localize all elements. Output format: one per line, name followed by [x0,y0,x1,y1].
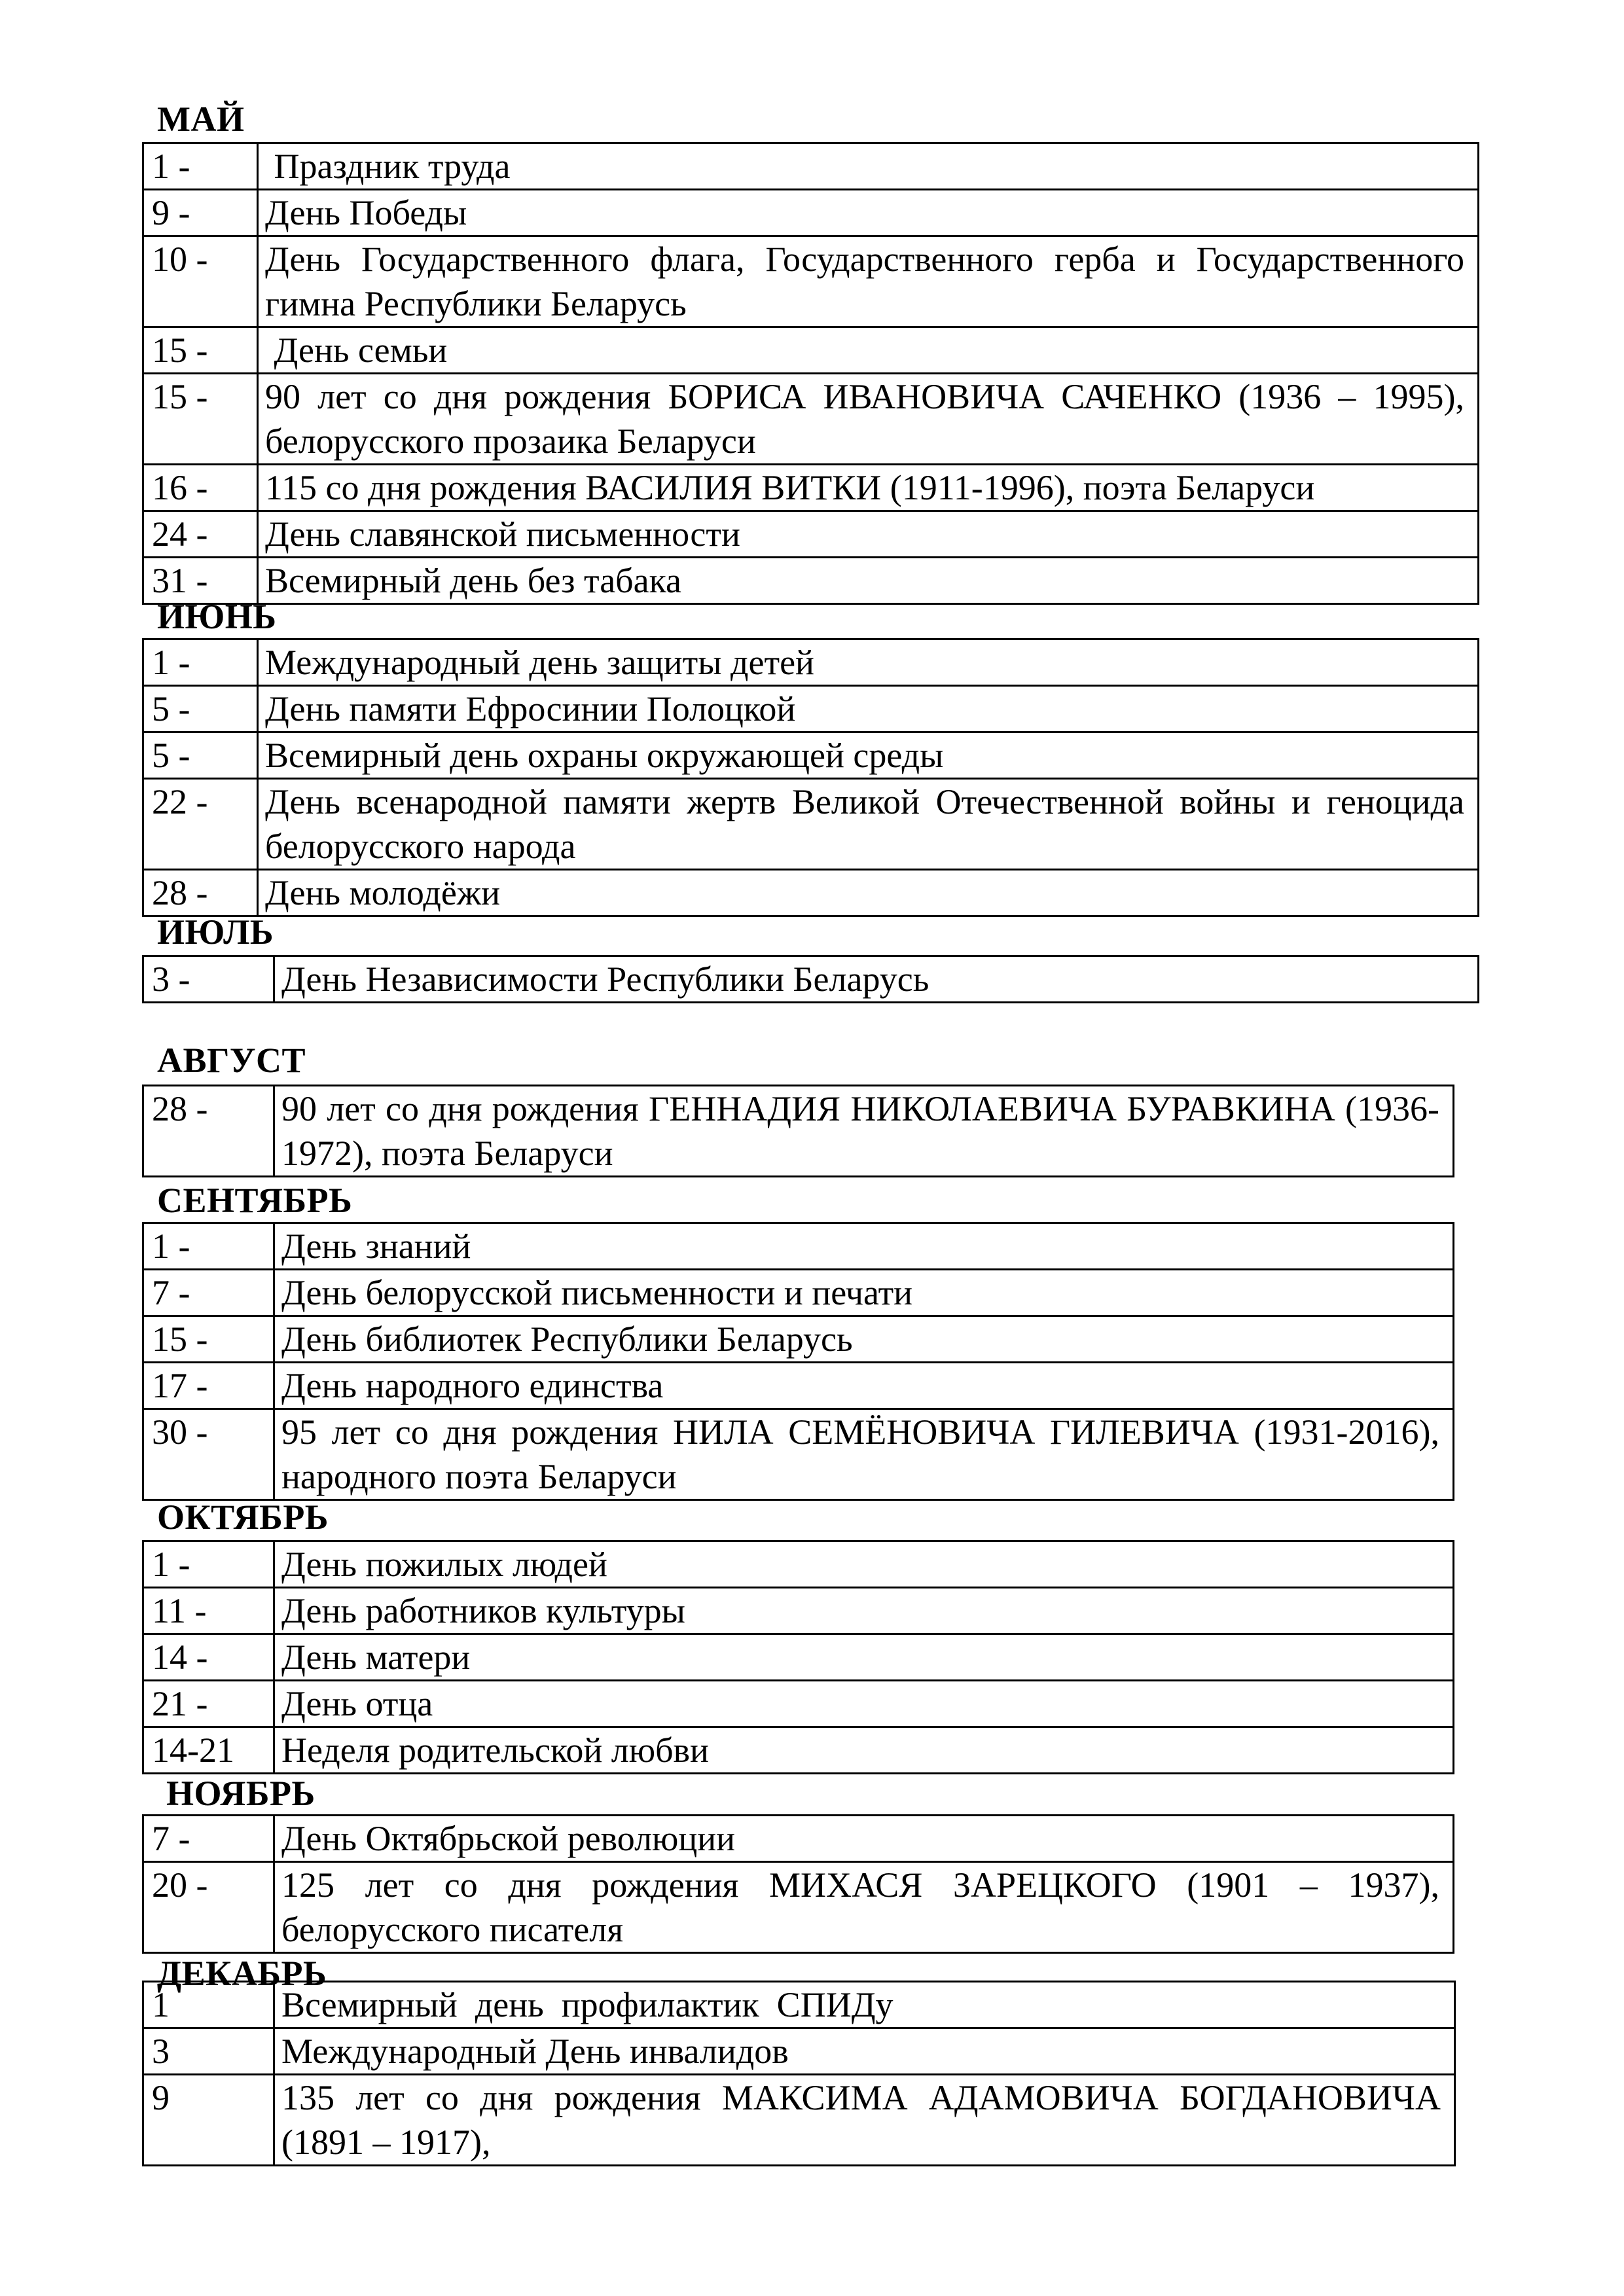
event-text: День Государственного флага, Государстве… [258,236,1479,327]
august-events-table: 28 -90 лет со дня рождения ГЕННАДИЯ НИКО… [142,1085,1454,1177]
event-date: 20 - [143,1862,274,1953]
event-text: 90 лет со дня рождения ГЕННАДИЯ НИКОЛАЕВ… [274,1086,1454,1177]
table-row: 28 -День молодёжи [143,870,1479,916]
table-row: 17 -День народного единства [143,1363,1454,1409]
event-text: День Независимости Республики Беларусь [274,956,1479,1003]
event-text: Международный День инвалидов [274,2028,1455,2075]
table-row: 7 -День Октябрьской революции [143,1816,1454,1862]
table-row: 7 -День белорусской письменности и печат… [143,1270,1454,1316]
table-row: 9 -День Победы [143,190,1479,236]
table-row: 10 -День Государственного флага, Государ… [143,236,1479,327]
event-text: Всемирный день профилактик СПИДу [274,1982,1455,2028]
table-row: 1Всемирный день профилактик СПИДу [143,1982,1455,2028]
table-row: 15 -День библиотек Республики Беларусь [143,1316,1454,1363]
month-title-may: МАЙ [157,101,244,137]
event-text: День памяти Ефросинии Полоцкой [258,686,1479,732]
document-page: МАЙ 1 - Праздник труда 9 -День Победы 10… [0,0,1624,2296]
event-text: 135 лет со дня рождения МАКСИМА АДАМОВИЧ… [274,2075,1455,2166]
event-date: 1 - [143,1223,274,1270]
table-row: 28 -90 лет со дня рождения ГЕННАДИЯ НИКО… [143,1086,1454,1177]
event-text: Всемирный день без табака [258,558,1479,604]
event-date: 5 - [143,686,258,732]
event-date: 24 - [143,511,258,558]
month-title-july: ИЮЛЬ [157,914,274,950]
july-events-table: 3 -День Независимости Республики Беларус… [142,955,1479,1003]
event-date: 9 [143,2075,274,2166]
event-text: День славянской письменности [258,511,1479,558]
event-date: 11 - [143,1588,274,1634]
month-title-october: ОКТЯБРЬ [157,1499,329,1535]
month-title-august: АВГУСТ [157,1043,306,1078]
event-text: Всемирный день охраны окружающей среды [258,732,1479,779]
event-date: 7 - [143,1816,274,1862]
event-date: 22 - [143,779,258,870]
november-events-table: 7 -День Октябрьской революции 20 -125 ле… [142,1814,1454,1954]
event-text: День белорусской письменности и печати [274,1270,1454,1316]
event-date: 3 - [143,956,274,1003]
table-row: 3Международный День инвалидов [143,2028,1455,2075]
event-date: 30 - [143,1409,274,1500]
event-date: 15 - [143,374,258,465]
event-date: 17 - [143,1363,274,1409]
table-row: 14-21Неделя родительской любви [143,1727,1454,1774]
event-text: День молодёжи [258,870,1479,916]
table-row: 1 -День пожилых людей [143,1541,1454,1588]
table-row: 5 -День памяти Ефросинии Полоцкой [143,686,1479,732]
event-date: 14 - [143,1634,274,1681]
event-date: 1 - [143,1541,274,1588]
event-text: День всенародной памяти жертв Великой От… [258,779,1479,870]
may-events-table: 1 - Праздник труда 9 -День Победы 10 -Де… [142,142,1479,605]
event-text: День семьи [258,327,1479,374]
month-title-june: ИЮНЬ [157,599,277,634]
table-row: 15 - День семьи [143,327,1479,374]
event-text: Неделя родительской любви [274,1727,1454,1774]
table-row: 31 -Всемирный день без табака [143,558,1479,604]
event-text: Международный день защиты детей [258,639,1479,686]
october-events-table: 1 -День пожилых людей 11 -День работнико… [142,1540,1454,1774]
june-events-table: 1 -Международный день защиты детей 5 -Де… [142,638,1479,917]
september-events-table: 1 -День знаний 7 -День белорусской письм… [142,1222,1454,1501]
event-date: 16 - [143,465,258,511]
table-row: 5 -Всемирный день охраны окружающей сред… [143,732,1479,779]
event-date: 1 [143,1982,274,2028]
table-row: 9135 лет со дня рождения МАКСИМА АДАМОВИ… [143,2075,1455,2166]
event-text: День Победы [258,190,1479,236]
month-title-november: НОЯБРЬ [157,1776,316,1811]
table-row: 3 -День Независимости Республики Беларус… [143,956,1479,1003]
event-date: 15 - [143,327,258,374]
event-text: День отца [274,1681,1454,1727]
table-row: 1 - Праздник труда [143,143,1479,190]
event-text: 95 лет со дня рождения НИЛА СЕМЁНОВИЧА Г… [274,1409,1454,1500]
event-text: Праздник труда [258,143,1479,190]
table-row: 22 -День всенародной памяти жертв Велико… [143,779,1479,870]
event-text: День матери [274,1634,1454,1681]
table-row: 20 -125 лет со дня рождения МИХАСЯ ЗАРЕЦ… [143,1862,1454,1953]
month-title-september: СЕНТЯБРЬ [157,1183,352,1218]
event-text: День Октябрьской революции [274,1816,1454,1862]
event-date: 1 - [143,143,258,190]
table-row: 24 -День славянской письменности [143,511,1479,558]
table-row: 15 -90 лет со дня рождения БОРИСА ИВАНОВ… [143,374,1479,465]
event-text: День библиотек Республики Беларусь [274,1316,1454,1363]
event-text: День работников культуры [274,1588,1454,1634]
event-text: День знаний [274,1223,1454,1270]
event-date: 14-21 [143,1727,274,1774]
december-events-table: 1Всемирный день профилактик СПИДу 3Между… [142,1981,1456,2166]
event-date: 7 - [143,1270,274,1316]
table-row: 11 -День работников культуры [143,1588,1454,1634]
event-text: День пожилых людей [274,1541,1454,1588]
table-row: 30 -95 лет со дня рождения НИЛА СЕМЁНОВИ… [143,1409,1454,1500]
event-date: 3 [143,2028,274,2075]
table-row: 16 -115 со дня рождения ВАСИЛИЯ ВИТКИ (1… [143,465,1479,511]
event-date: 5 - [143,732,258,779]
event-text: 90 лет со дня рождения БОРИСА ИВАНОВИЧА … [258,374,1479,465]
event-date: 1 - [143,639,258,686]
event-text: 115 со дня рождения ВАСИЛИЯ ВИТКИ (1911-… [258,465,1479,511]
event-text: День народного единства [274,1363,1454,1409]
event-date: 28 - [143,870,258,916]
event-date: 10 - [143,236,258,327]
table-row: 14 -День матери [143,1634,1454,1681]
event-text: 125 лет со дня рождения МИХАСЯ ЗАРЕЦКОГО… [274,1862,1454,1953]
event-date: 15 - [143,1316,274,1363]
table-row: 21 -День отца [143,1681,1454,1727]
event-date: 28 - [143,1086,274,1177]
event-date: 9 - [143,190,258,236]
event-date: 21 - [143,1681,274,1727]
table-row: 1 -Международный день защиты детей [143,639,1479,686]
table-row: 1 -День знаний [143,1223,1454,1270]
